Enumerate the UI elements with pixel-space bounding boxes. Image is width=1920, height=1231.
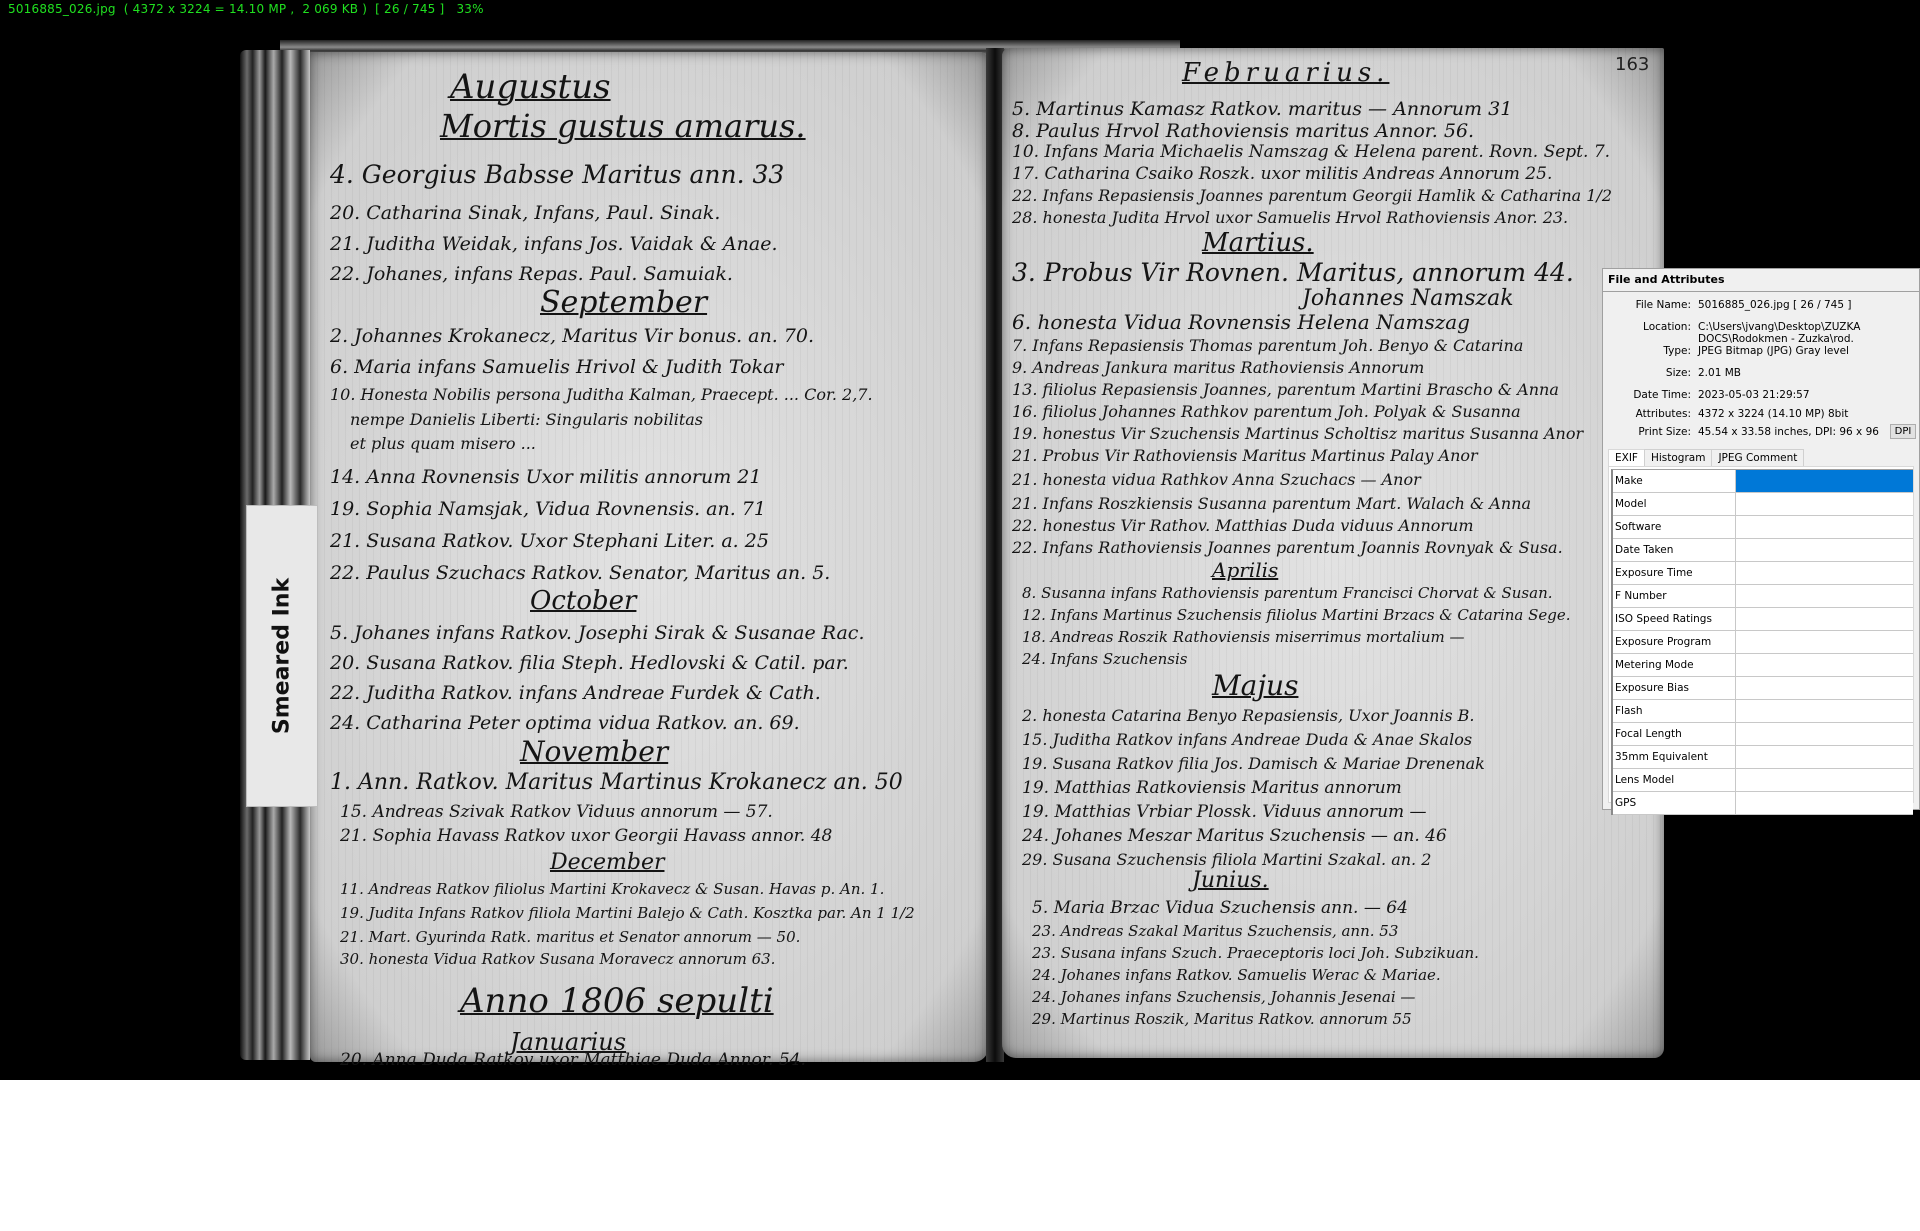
image-status-line: 5016885_026.jpg ( 4372 x 3224 = 14.10 MP… bbox=[8, 2, 484, 16]
image-viewer-canvas[interactable]: 5016885_026.jpg ( 4372 x 3224 = 14.10 MP… bbox=[0, 0, 1920, 1080]
exif-value[interactable] bbox=[1736, 608, 1913, 630]
exif-key: Exposure Bias bbox=[1613, 677, 1736, 699]
exif-row-f-number[interactable]: F Number bbox=[1613, 585, 1913, 608]
entry-line: 22. Infans Rathoviensis Joannes parentum… bbox=[1012, 540, 1563, 556]
exif-key: ISO Speed Ratings bbox=[1613, 608, 1736, 630]
scanned-register-book: Augustus Mortis gustus amarus. 4. Georgi… bbox=[240, 40, 1680, 1070]
left-page: Augustus Mortis gustus amarus. 4. Georgi… bbox=[310, 52, 988, 1062]
entry-line: 22. Infans Repasiensis Joannes parentum … bbox=[1012, 188, 1612, 204]
right-page: 163 Februarius. 5. Martinus Kamasz Ratko… bbox=[1002, 48, 1664, 1058]
exif-table[interactable]: Make Model Software Date Taken Exposure … bbox=[1611, 469, 1913, 815]
entry-line: 9. Andreas Jankura maritus Rathoviensis … bbox=[1012, 360, 1424, 376]
entry-line: 19. Judita Infans Ratkov filiola Martini… bbox=[340, 906, 915, 921]
exif-value[interactable] bbox=[1736, 723, 1913, 745]
entry-line: 1. Ann. Ratkov. Maritus Martinus Krokane… bbox=[330, 772, 903, 794]
entry-line: 29. Martinus Roszik, Maritus Ratkov. ann… bbox=[1032, 1012, 1412, 1027]
attr-value: 2.01 MB bbox=[1698, 367, 1741, 379]
attr-value: 4372 x 3224 (14.10 MP) 8bit bbox=[1698, 408, 1848, 420]
exif-key: Metering Mode bbox=[1613, 654, 1736, 676]
entry-line: 22. honestus Vir Rathov. Matthias Duda v… bbox=[1012, 518, 1474, 534]
entry-line: 30. honesta Vidua Ratkov Susana Moravecz… bbox=[340, 952, 775, 967]
entry-line: 10. Infans Maria Michaelis Namszag & Hel… bbox=[1012, 144, 1610, 161]
exif-key: Make bbox=[1613, 470, 1736, 492]
entry-line: 6. honesta Vidua Rovnensis Helena Namsza… bbox=[1012, 312, 1470, 332]
attr-label: Type: bbox=[1663, 345, 1691, 357]
attr-value: C:\Users\jvang\Desktop\ZUZKA bbox=[1698, 321, 1860, 333]
exif-row-metering-mode[interactable]: Metering Mode bbox=[1613, 654, 1913, 677]
entry-line: 24. Infans Szuchensis bbox=[1022, 652, 1187, 667]
exif-row-gps[interactable]: GPS bbox=[1613, 792, 1913, 815]
entry-line: 20. Susana Ratkov. filia Steph. Hedlovsk… bbox=[330, 654, 849, 673]
entry-line: 19. Matthias Vrbiar Plossk. Viduus annor… bbox=[1022, 804, 1427, 821]
attr-type: Type: JPEG Bitmap (JPG) Gray level bbox=[1603, 345, 1919, 359]
exif-row-35mm-equivalent[interactable]: 35mm Equivalent bbox=[1613, 746, 1913, 769]
entry-line: 24. Johanes infans Szuchensis, Johannis … bbox=[1032, 990, 1415, 1005]
exif-key: Exposure Time bbox=[1613, 562, 1736, 584]
entry-line: 4. Georgius Babsse Maritus ann. 33 bbox=[330, 162, 784, 187]
entry-line: 21. Mart. Gyurinda Ratk. maritus et Sena… bbox=[340, 930, 800, 945]
entry-line: 15. Juditha Ratkov infans Andreae Duda &… bbox=[1022, 732, 1472, 748]
exif-key: Exposure Program bbox=[1613, 631, 1736, 653]
entry-line: 22. Johanes, infans Repas. Paul. Samuiak… bbox=[330, 265, 733, 284]
sticky-note-label: Smeared Ink bbox=[270, 578, 295, 734]
entry-line: 18. Andreas Roszik Rathoviensis miserrim… bbox=[1022, 630, 1465, 645]
heading-junius: Junius. bbox=[1192, 870, 1269, 892]
heading-motto: Mortis gustus amarus. bbox=[440, 110, 806, 142]
exif-key: Focal Length bbox=[1613, 723, 1736, 745]
heading-martius: Martius. bbox=[1202, 230, 1314, 256]
exif-tab-body: Make Model Software Date Taken Exposure … bbox=[1608, 466, 1914, 803]
entry-line: 22. Paulus Szuchacs Ratkov. Senator, Mar… bbox=[330, 564, 830, 583]
exif-value[interactable] bbox=[1736, 700, 1913, 722]
exif-row-iso[interactable]: ISO Speed Ratings bbox=[1613, 608, 1913, 631]
entry-line: 28. honesta Judita Hrvol uxor Samuelis H… bbox=[1012, 210, 1568, 226]
attr-location: Location: C:\Users\jvang\Desktop\ZUZKA D… bbox=[1603, 321, 1919, 347]
exif-value[interactable] bbox=[1736, 516, 1913, 538]
exif-key: F Number bbox=[1613, 585, 1736, 607]
exif-row-exposure-program[interactable]: Exposure Program bbox=[1613, 631, 1913, 654]
heading-aprilis: Aprilis bbox=[1212, 560, 1278, 580]
entry-line: et plus quam misero ... bbox=[350, 436, 536, 452]
exif-key: GPS bbox=[1613, 792, 1736, 814]
exif-row-focal-length[interactable]: Focal Length bbox=[1613, 723, 1913, 746]
entry-line: 12. Infans Martinus Szuchensis filiolus … bbox=[1022, 608, 1571, 623]
entry-line: 16. filiolus Johannes Rathkov parentum J… bbox=[1012, 404, 1521, 420]
entry-line: 2. Johannes Krokanecz, Maritus Vir bonus… bbox=[330, 327, 814, 346]
attr-value: 5016885_026.jpg [ 26 / 745 ] bbox=[1698, 299, 1851, 311]
exif-key: 35mm Equivalent bbox=[1613, 746, 1736, 768]
exif-value[interactable] bbox=[1736, 562, 1913, 584]
exif-row-lens-model[interactable]: Lens Model bbox=[1613, 769, 1913, 792]
tab-histogram[interactable]: Histogram bbox=[1644, 449, 1712, 467]
entry-line: 19. Susana Ratkov filia Jos. Damisch & M… bbox=[1022, 756, 1485, 772]
entry-line: 21. Juditha Weidak, infans Jos. Vaidak &… bbox=[330, 235, 778, 254]
entry-line: 13. filiolus Repasiensis Joannes, parent… bbox=[1012, 382, 1559, 398]
page-number: 163 bbox=[1615, 54, 1649, 75]
entry-line: 23. Susana infans Szuch. Praeceptoris lo… bbox=[1032, 946, 1479, 961]
entry-line: 24. Johanes Meszar Maritus Szuchensis — … bbox=[1022, 828, 1447, 845]
entry-line: 2. honesta Catarina Benyo Repasiensis, U… bbox=[1022, 708, 1475, 724]
attr-value: 2023-05-03 21:29:57 bbox=[1698, 389, 1810, 401]
attr-value-continued: DOCS\Rodokmen - Zuzka\rod. bbox=[1698, 333, 1854, 345]
entry-line: 7. Infans Repasiensis Thomas parentum Jo… bbox=[1012, 338, 1523, 354]
exif-row-make[interactable]: Make bbox=[1613, 470, 1913, 493]
exif-row-software[interactable]: Software bbox=[1613, 516, 1913, 539]
attr-size: Size: 2.01 MB bbox=[1603, 367, 1919, 381]
entry-line: 21. Sophia Havass Ratkov uxor Georgii Ha… bbox=[340, 828, 832, 845]
panel-title: File and Attributes bbox=[1603, 269, 1919, 292]
exif-value[interactable] bbox=[1736, 470, 1913, 492]
entry-line: 21. Susana Ratkov. Uxor Stephani Liter. … bbox=[330, 532, 769, 551]
attr-label: Print Size: bbox=[1638, 426, 1691, 438]
entry-line: 6. Maria infans Samuelis Hrivol & Judith… bbox=[330, 358, 784, 377]
entry-line: 8. Susanna infans Rathoviensis parentum … bbox=[1022, 586, 1553, 601]
entry-line: 17. Catharina Csaiko Roszk. uxor militis… bbox=[1012, 166, 1552, 183]
attr-label: Date Time: bbox=[1633, 389, 1691, 401]
heading-anno-1806: Anno 1806 sepulti bbox=[460, 984, 774, 1018]
entry-line: 20. Catharina Sinak, Infans, Paul. Sinak… bbox=[330, 204, 720, 223]
entry-line: 21. Infans Roszkiensis Susanna parentum … bbox=[1012, 496, 1531, 512]
heading-augustus: Augustus bbox=[450, 70, 611, 104]
entry-line: 22. Juditha Ratkov. infans Andreae Furde… bbox=[330, 684, 821, 703]
exif-row-flash[interactable]: Flash bbox=[1613, 700, 1913, 723]
entry-line: 15. Andreas Szivak Ratkov Viduus annorum… bbox=[340, 804, 773, 821]
exif-key: Flash bbox=[1613, 700, 1736, 722]
entry-line: 21. honesta vidua Rathkov Anna Szuchacs … bbox=[1012, 472, 1421, 488]
entry-line: 5. Johanes infans Ratkov. Josephi Sirak … bbox=[330, 624, 864, 643]
heading-februarius: Februarius. bbox=[1182, 60, 1389, 86]
attr-label: Attributes: bbox=[1636, 408, 1691, 420]
heading-november: November bbox=[520, 738, 668, 766]
entry-line: 11. Andreas Ratkov filiolus Martini Krok… bbox=[340, 882, 884, 897]
exif-value[interactable] bbox=[1736, 769, 1913, 791]
attr-label: File Name: bbox=[1636, 299, 1691, 311]
exif-key: Lens Model bbox=[1613, 769, 1736, 791]
attr-value: 45.54 x 33.58 inches, DPI: 96 x 96 bbox=[1698, 426, 1879, 438]
exif-value[interactable] bbox=[1736, 631, 1913, 653]
attr-value: JPEG Bitmap (JPG) Gray level bbox=[1698, 345, 1849, 357]
entry-line: 3. Probus Vir Rovnen. Maritus, annorum 4… bbox=[1012, 260, 1574, 285]
entry-line: 24. Johanes infans Ratkov. Samuelis Wera… bbox=[1032, 968, 1441, 983]
heading-majus: Majus bbox=[1212, 672, 1298, 700]
heading-december: December bbox=[550, 852, 664, 874]
attr-label: Size: bbox=[1666, 367, 1691, 379]
entry-line: 8. Paulus Hrvol Rathoviensis maritus Ann… bbox=[1012, 122, 1474, 141]
exif-value[interactable] bbox=[1736, 493, 1913, 515]
attr-file-name: File Name: 5016885_026.jpg [ 26 / 745 ] bbox=[1603, 299, 1919, 313]
attr-attributes: Attributes: 4372 x 3224 (14.10 MP) 8bit bbox=[1603, 408, 1919, 422]
exif-value[interactable] bbox=[1736, 654, 1913, 676]
exif-row-exposure-time[interactable]: Exposure Time bbox=[1613, 562, 1913, 585]
exif-value[interactable] bbox=[1736, 677, 1913, 699]
entry-line: 24. Catharina Peter optima vidua Ratkov.… bbox=[330, 714, 800, 733]
heading-october: October bbox=[530, 588, 636, 614]
attr-date-time: Date Time: 2023-05-03 21:29:57 bbox=[1603, 389, 1919, 403]
exif-value[interactable] bbox=[1736, 792, 1913, 814]
panel-tabs: EXIF Histogram JPEG Comment bbox=[1608, 449, 1803, 467]
exif-row-date-taken[interactable]: Date Taken bbox=[1613, 539, 1913, 562]
smeared-ink-sticky-note: Smeared Ink bbox=[246, 505, 318, 807]
entry-line: 23. Andreas Szakal Maritus Szuchensis, a… bbox=[1032, 924, 1398, 939]
exif-value[interactable] bbox=[1736, 585, 1913, 607]
entry-line: 21. Probus Vir Rathoviensis Maritus Mart… bbox=[1012, 448, 1478, 464]
entry-line: 5. Martinus Kamasz Ratkov. maritus — Ann… bbox=[1012, 100, 1512, 119]
exif-key: Software bbox=[1613, 516, 1736, 538]
entry-line: 29. Susana Szuchensis filiola Martini Sz… bbox=[1022, 852, 1431, 868]
dpi-button[interactable]: DPI bbox=[1890, 424, 1916, 439]
entry-line: 19. Sophia Namsjak, Vidua Rovnensis. an.… bbox=[330, 500, 766, 519]
entry-line: 20. Anna Duda Ratkov uxor Matthiae Duda … bbox=[340, 1052, 806, 1069]
entry-line: 14. Anna Rovnensis Uxor militis annorum … bbox=[330, 468, 761, 487]
attr-label: Location: bbox=[1643, 321, 1691, 333]
entry-line: 10. Honesta Nobilis persona Juditha Kalm… bbox=[330, 387, 873, 403]
exif-value[interactable] bbox=[1736, 746, 1913, 768]
file-attributes-panel: File and Attributes File Name: 5016885_0… bbox=[1602, 268, 1920, 810]
exif-row-model[interactable]: Model bbox=[1613, 493, 1913, 516]
entry-line: 5. Maria Brzac Vidua Szuchensis ann. — 6… bbox=[1032, 900, 1408, 917]
entry-line: 19. honestus Vir Szuchensis Martinus Sch… bbox=[1012, 426, 1583, 442]
exif-row-exposure-bias[interactable]: Exposure Bias bbox=[1613, 677, 1913, 700]
exif-value[interactable] bbox=[1736, 539, 1913, 561]
entry-line: 19. Matthias Ratkoviensis Maritus annoru… bbox=[1022, 780, 1402, 797]
exif-key: Model bbox=[1613, 493, 1736, 515]
entry-line: nempe Danielis Liberti: Singularis nobil… bbox=[350, 412, 703, 428]
attr-print-size: Print Size: 45.54 x 33.58 inches, DPI: 9… bbox=[1603, 426, 1919, 440]
entry-line: Johannes Namszak bbox=[1302, 288, 1514, 310]
heading-september: September bbox=[540, 288, 707, 318]
tab-jpeg-comment[interactable]: JPEG Comment bbox=[1711, 449, 1804, 467]
exif-key: Date Taken bbox=[1613, 539, 1736, 561]
